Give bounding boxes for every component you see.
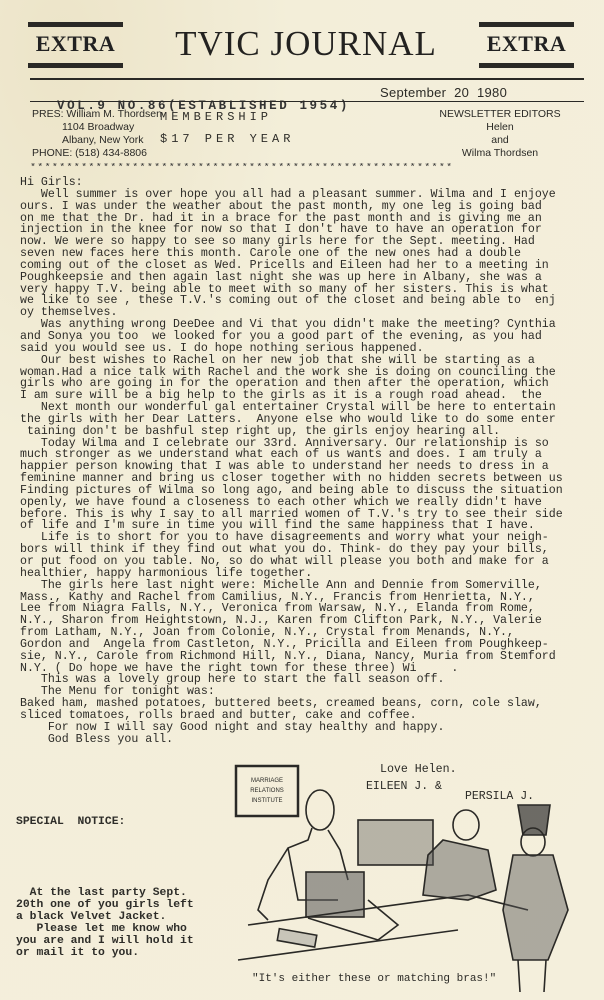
special-notice-body: At the last party Sept. 20th one of you …	[16, 888, 194, 959]
cartoon: MARRIAGE RELATIONS INSTITUTE EILEEN J. &…	[228, 760, 600, 1000]
cartoon-illustration: MARRIAGE RELATIONS INSTITUTE	[228, 760, 600, 1000]
president-name: PRES: William M. Thordsen	[32, 108, 162, 121]
cartoon-sign-line2: RELATIONS	[250, 788, 284, 794]
rule	[479, 63, 574, 68]
header-rule-bottom	[30, 101, 584, 102]
president-phone: PHONE: (518) 434-8806	[32, 147, 162, 160]
extra-label-right: EXTRA	[479, 31, 574, 57]
extra-banner-right: EXTRA	[479, 20, 574, 70]
editor-name-1: Helen	[420, 121, 580, 134]
cartoon-label-eileen: EILEEN J. &	[366, 780, 442, 793]
issue-date: September 20 1980	[380, 85, 507, 100]
president-contact: PRES: William M. Thordsen 1104 Broadway …	[32, 108, 162, 160]
letter-body: Hi Girls: Well summer is over hope you a…	[20, 177, 600, 746]
header-rule-top	[30, 78, 584, 80]
cartoon-caption: "It's either these or matching bras!"	[252, 973, 496, 985]
extra-banner-left: EXTRA	[28, 20, 123, 70]
membership-label: MEMBERSHIP	[160, 110, 294, 132]
special-notice: SPECIAL NOTICE: At the last party Sept. …	[16, 793, 194, 984]
masthead: EXTRA TVIC JOURNAL EXTRA	[28, 20, 583, 70]
cartoon-sign-line1: MARRIAGE	[251, 778, 283, 784]
star-divider: ****************************************…	[30, 163, 590, 174]
editors-and: and	[420, 134, 580, 147]
membership-price: $17 PER YEAR	[160, 132, 294, 154]
special-notice-heading: SPECIAL NOTICE:	[16, 817, 194, 829]
rule	[28, 22, 123, 27]
president-street: 1104 Broadway	[32, 121, 162, 134]
editor-name-2: Wilma Thordsen	[420, 147, 580, 160]
cartoon-label-persila: PERSILA J.	[465, 790, 534, 803]
editors-heading: NEWSLETTER EDITORS	[420, 108, 580, 121]
extra-label-left: EXTRA	[28, 31, 123, 57]
newsletter-editors: NEWSLETTER EDITORS Helen and Wilma Thord…	[420, 108, 580, 160]
rule	[28, 63, 123, 68]
cartoon-sign-line3: INSTITUTE	[252, 798, 283, 804]
newsletter-page: EXTRA TVIC JOURNAL EXTRA VOL.9 NO.86(EST…	[0, 0, 604, 1000]
journal-title: TVIC JOURNAL	[146, 24, 466, 64]
membership-info: MEMBERSHIP $17 PER YEAR	[160, 110, 294, 154]
president-city: Albany, New York	[32, 134, 162, 147]
rule	[479, 22, 574, 27]
